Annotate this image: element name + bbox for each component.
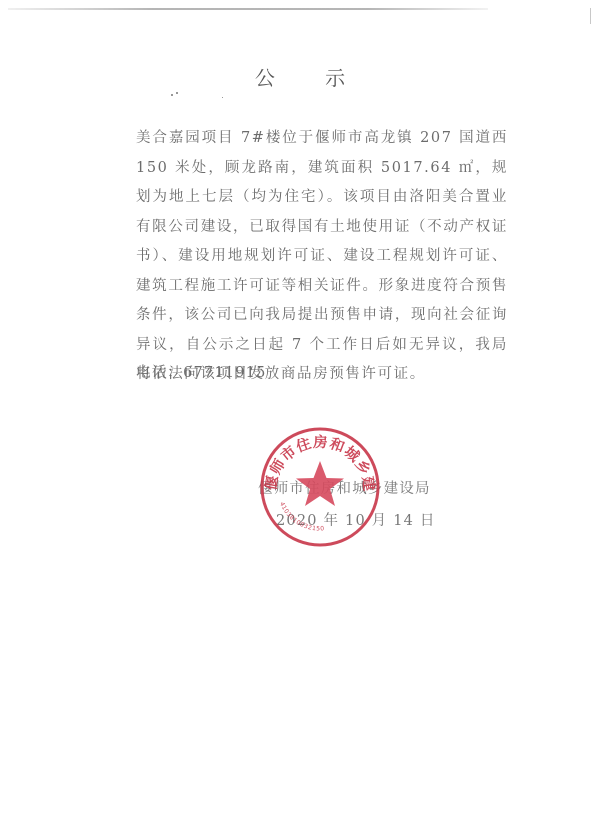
svg-text:4103810032150: 4103810032150 <box>278 501 325 532</box>
phone-number: 67711915 <box>183 365 266 381</box>
scan-speck <box>176 92 178 94</box>
seal-code: 4103810032150 <box>278 501 325 532</box>
document-title: 公 示 <box>0 62 600 91</box>
phone-label: 电话： <box>136 365 183 381</box>
scan-speck <box>222 97 223 98</box>
notice-body: 美合嘉园项目 7#楼位于偃师市高龙镇 207 国道西 150 米处，顾龙路南，建… <box>136 124 508 390</box>
scan-speck <box>171 94 173 96</box>
scan-edge-mark <box>590 8 591 24</box>
scan-edge-rule <box>8 8 488 10</box>
phone-line: 电话：67711915 <box>136 361 267 382</box>
star-icon <box>296 461 344 506</box>
official-seal: 偃师市住房和城乡建设局 4103810032150 <box>258 425 382 549</box>
